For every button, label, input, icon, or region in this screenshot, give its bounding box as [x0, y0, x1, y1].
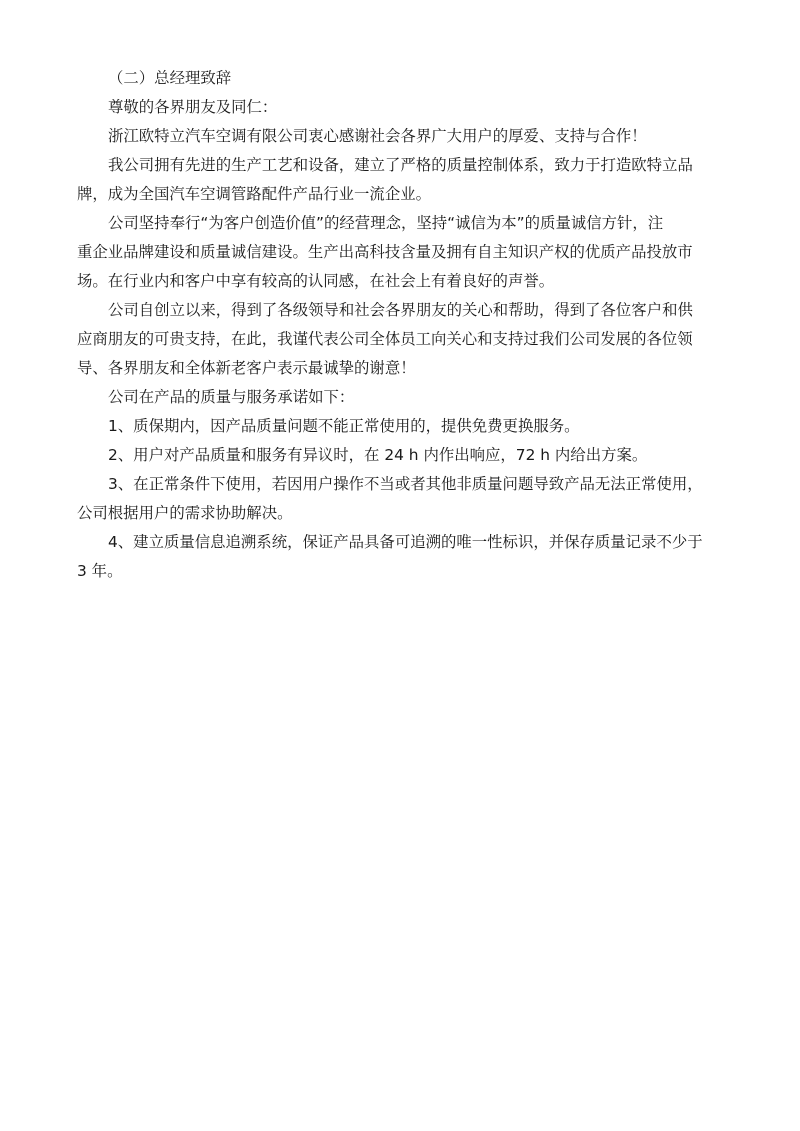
commitment-item-4: 4、建立质量信息追溯系统，保证产品具备可追溯的唯一性标识，并保存质量记录不少于 … [77, 528, 723, 586]
text-line: 我公司拥有先进的生产工艺和设备，建立了严格的质量控制体系，致力于打造欧特立品 [77, 151, 723, 180]
text-line: 重企业品牌建设和质量诚信建设。生产出高科技含量及拥有自主知识产权的优质产品投放市 [77, 238, 723, 267]
text-line: 2、用户对产品质量和服务有异议时，在 24 h 内作出响应，72 h 内给出方案… [77, 441, 723, 470]
text-line: 浙江欧特立汽车空调有限公司衷心感谢社会各界广大用户的厚爱、支持与合作！ [77, 122, 723, 151]
text-line: 3、在正常条件下使用，若因用户操作不当或者其他非质量问题导致产品无法正常使用， [77, 470, 723, 499]
paragraph-commitment-intro: 公司在产品的质量与服务承诺如下： [77, 383, 723, 412]
paragraph-philosophy: 公司坚持奉行“为客户创造价值”的经营理念，坚持“诚信为本”的质量诚信方针，注 重… [77, 209, 723, 296]
paragraph-thanks: 浙江欧特立汽车空调有限公司衷心感谢社会各界广大用户的厚爱、支持与合作！ [77, 122, 723, 151]
text-line: 场。在行业内和客户中享有较高的认同感，在社会上有着良好的声誉。 [77, 267, 723, 296]
salutation: 尊敬的各界朋友及同仁： [77, 93, 723, 122]
text-line: 牌，成为全国汽车空调管路配件产品行业一流企业。 [77, 180, 723, 209]
text-line: 3 年。 [77, 557, 723, 586]
text-line: 公司在产品的质量与服务承诺如下： [77, 383, 723, 412]
text-line: 导、各界朋友和全体新老客户表示最诚挚的谢意！ [77, 354, 723, 383]
commitment-item-3: 3、在正常条件下使用，若因用户操作不当或者其他非质量问题导致产品无法正常使用， … [77, 470, 723, 528]
document-page: （二）总经理致辞 尊敬的各界朋友及同仁： 浙江欧特立汽车空调有限公司衷心感谢社会… [77, 64, 723, 586]
text-line: 1、质保期内，因产品质量问题不能正常使用的，提供免费更换服务。 [77, 412, 723, 441]
commitment-item-1: 1、质保期内，因产品质量问题不能正常使用的，提供免费更换服务。 [77, 412, 723, 441]
text-line: 应商朋友的可贵支持，在此，我谨代表公司全体员工向关心和支持过我们公司发展的各位领 [77, 325, 723, 354]
text-line: 公司根据用户的需求协助解决。 [77, 499, 723, 528]
text-line: 公司坚持奉行“为客户创造价值”的经营理念，坚持“诚信为本”的质量诚信方针，注 [77, 209, 723, 238]
section-title: （二）总经理致辞 [77, 64, 723, 93]
text-line: 公司自创立以来，得到了各级领导和社会各界朋友的关心和帮助，得到了各位客户和供 [77, 296, 723, 325]
paragraph-gratitude: 公司自创立以来，得到了各级领导和社会各界朋友的关心和帮助，得到了各位客户和供 应… [77, 296, 723, 383]
commitment-item-2: 2、用户对产品质量和服务有异议时，在 24 h 内作出响应，72 h 内给出方案… [77, 441, 723, 470]
text-line: 4、建立质量信息追溯系统，保证产品具备可追溯的唯一性标识，并保存质量记录不少于 [77, 528, 723, 557]
paragraph-capabilities: 我公司拥有先进的生产工艺和设备，建立了严格的质量控制体系，致力于打造欧特立品 牌… [77, 151, 723, 209]
